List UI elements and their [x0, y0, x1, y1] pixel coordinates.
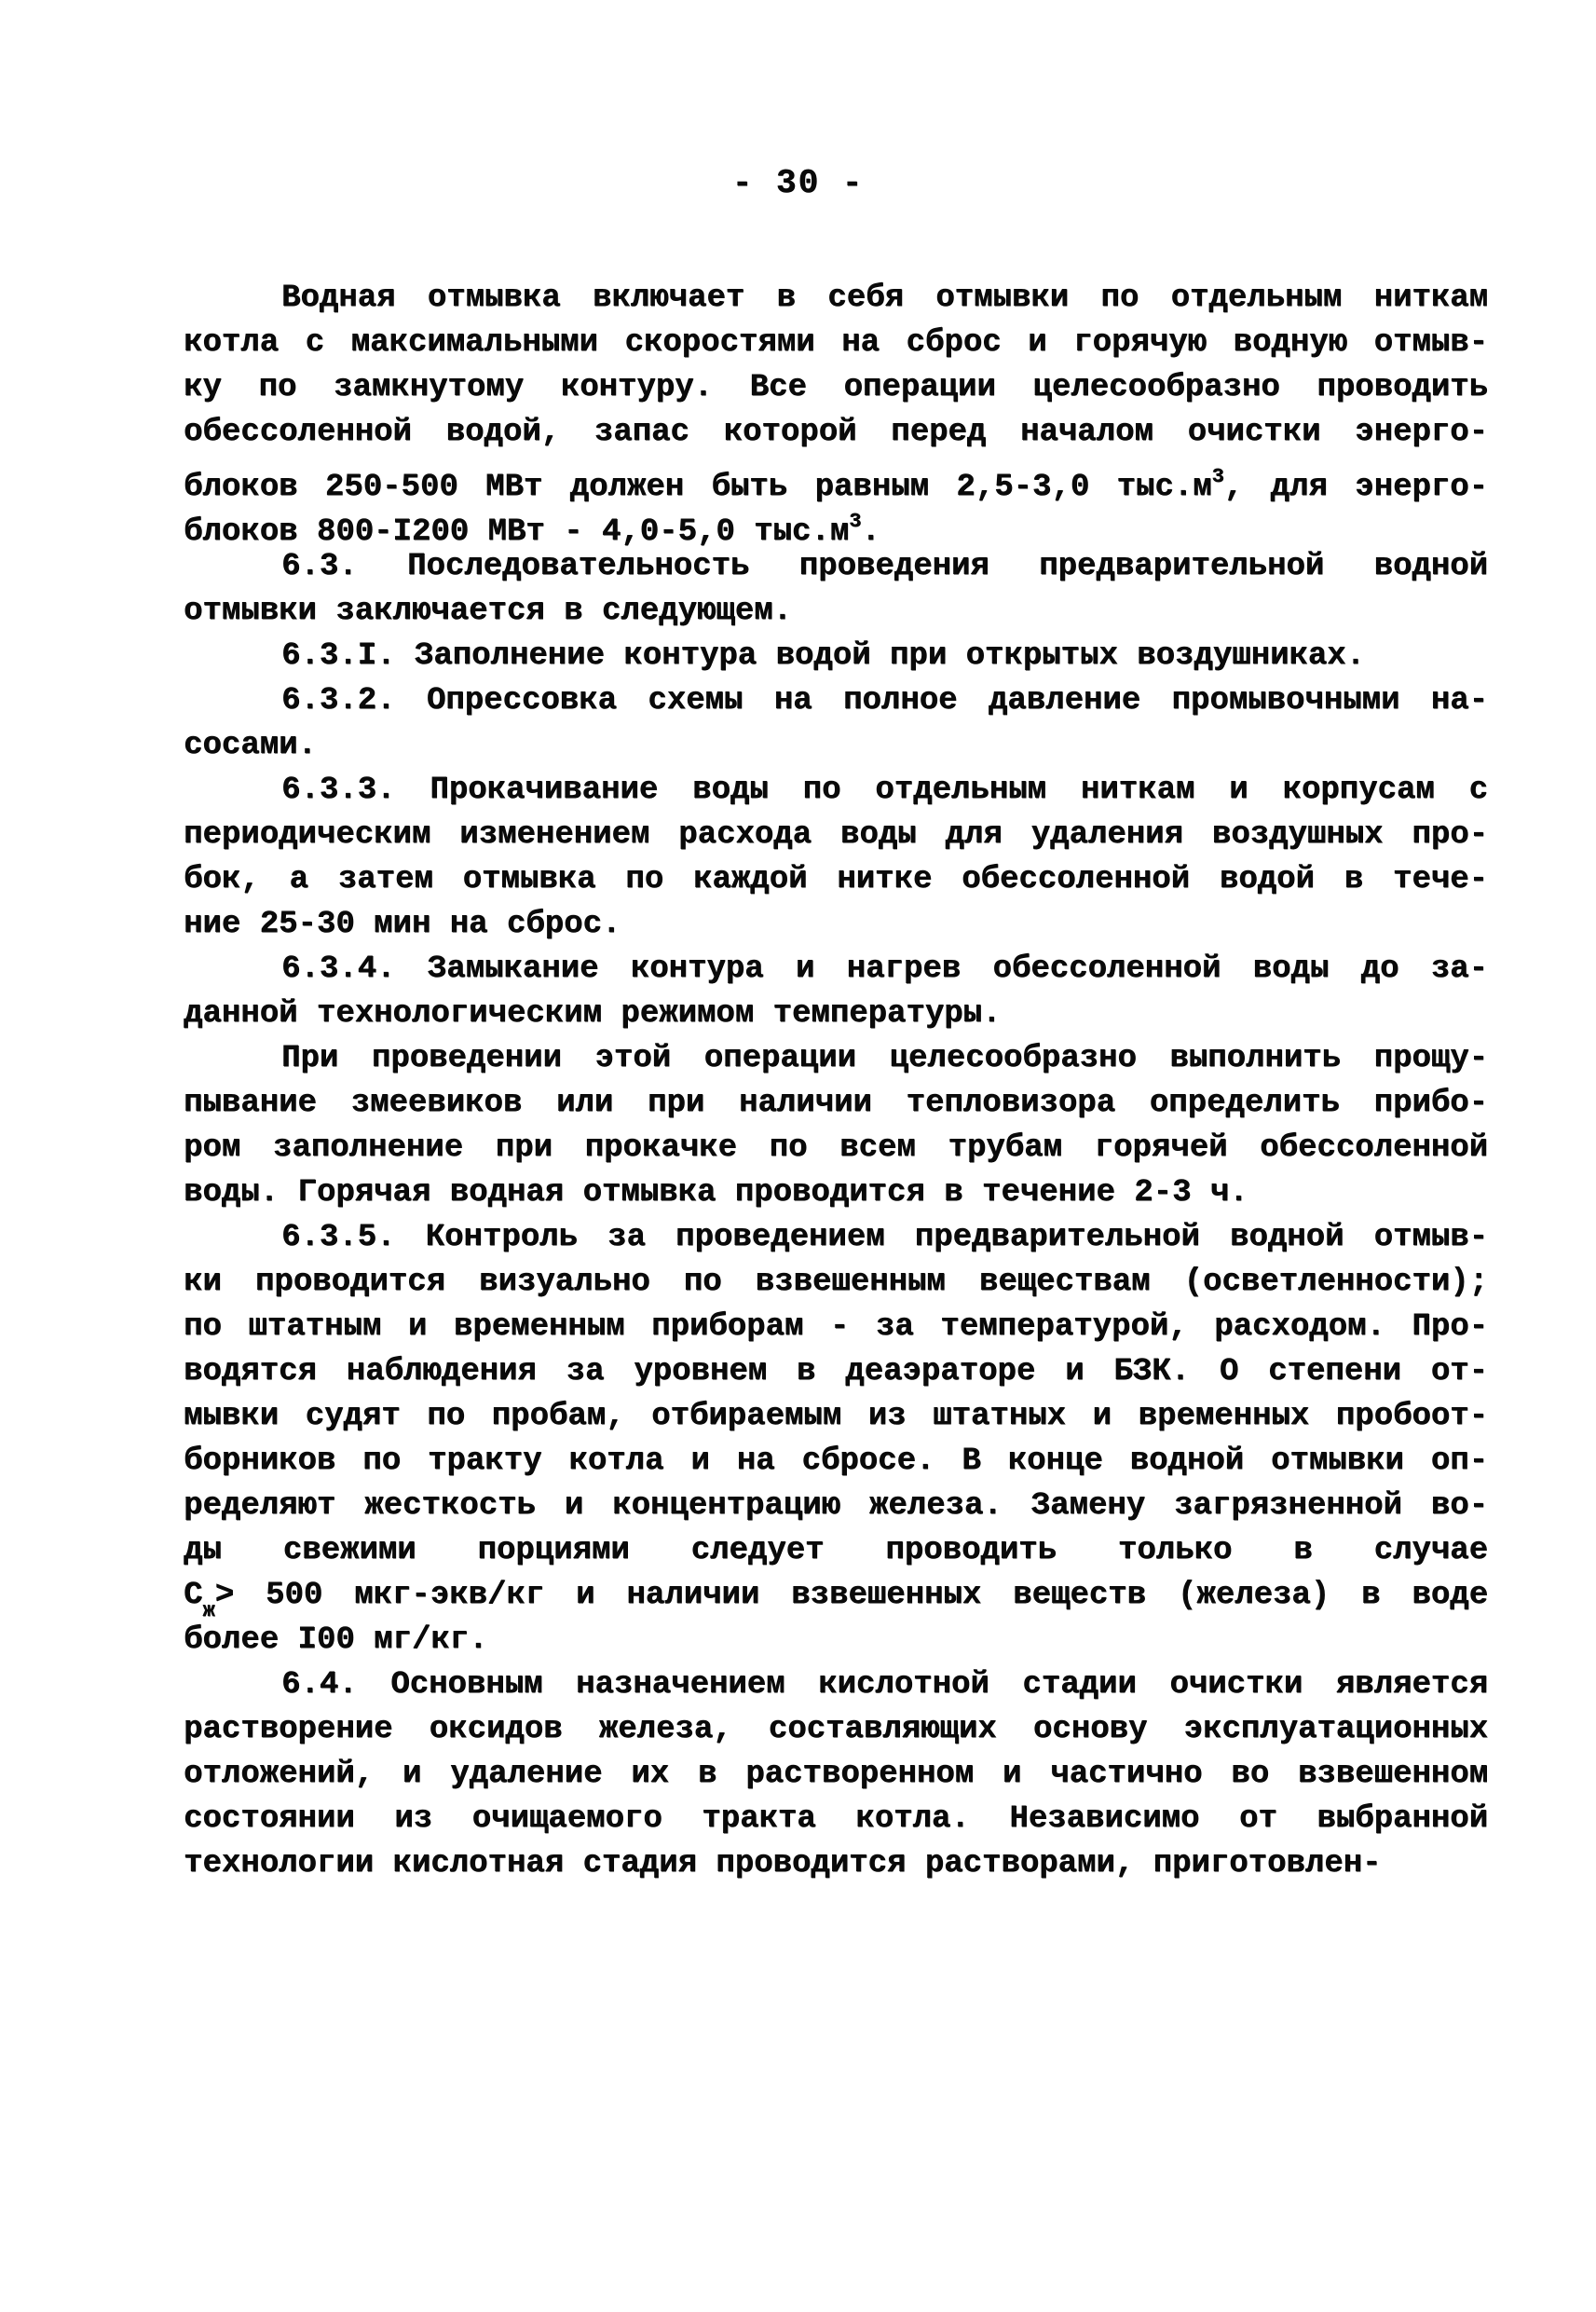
text-segment: обессоленной водой, запас которой перед …: [184, 415, 1488, 450]
text-line: 6.3.2. Опрессовка схемы на полное давлен…: [184, 678, 1488, 723]
text-segment: состоянии из очищаемого тракта котла. Не…: [184, 1801, 1488, 1837]
text-line: отложений, и удаление их в растворенном …: [184, 1752, 1488, 1797]
text-line: данной технологическим режимом температу…: [184, 992, 1488, 1036]
text-segment: более I00 мг/кг.: [184, 1622, 487, 1658]
paragraph: Водная отмывка включает в себя отмывки п…: [184, 276, 1488, 544]
text-segment: по штатным и временным приборам - за тем…: [184, 1309, 1488, 1345]
text-segment: ределяют жесткость и концентрацию железа…: [184, 1488, 1488, 1524]
text-line: 6.3.3. Прокачивание воды по отдельным ни…: [184, 768, 1488, 813]
text-line: отмывки заключается в следующем.: [184, 589, 1488, 634]
text-line: блоков 800-I200 МВт - 4,0-5,0 тыс.м3.: [184, 499, 1488, 544]
text-segment: , для энерго-: [1224, 470, 1488, 505]
text-segment: ку по замкнутому контуру. Все операции ц…: [184, 370, 1488, 405]
text-segment: котла с максимальными скоростями на сбро…: [184, 325, 1488, 361]
text-line: блоков 250-500 МВт должен быть равным 2,…: [184, 455, 1488, 499]
text-line: При проведении этой операции целесообраз…: [184, 1036, 1488, 1081]
text-segment: технологии кислотная стадия проводится р…: [184, 1846, 1381, 1881]
document-page: - 30 - Водная отмывка включает в себя от…: [0, 0, 1596, 2312]
text-segment: отложений, и удаление их в растворенном …: [184, 1757, 1488, 1792]
text-segment: отмывки заключается в следующем.: [184, 594, 792, 629]
text-segment: При проведении этой операции целесообраз…: [281, 1041, 1488, 1076]
text-segment: 6.3.5. Контроль за проведением предварит…: [281, 1220, 1488, 1255]
text-segment: водятся наблюдения за уровнем в деаэрато…: [184, 1354, 1488, 1389]
text-segment: Водная отмывка включает в себя отмывки п…: [281, 280, 1488, 316]
text-line: 6.3.4. Замыкание контура и нагрев обессо…: [184, 947, 1488, 992]
text-segment: 6.3.I. Заполнение контура водой при откр…: [281, 638, 1365, 674]
paragraph: 6.3.2. Опрессовка схемы на полное давлен…: [184, 678, 1488, 768]
text-segment: сосами.: [184, 728, 317, 763]
paragraph: 6.4. Основным назначением кислотной стад…: [184, 1662, 1488, 1886]
text-line: водятся наблюдения за уровнем в деаэрато…: [184, 1349, 1488, 1394]
text-segment: 6.3. Последовательность проведения предв…: [281, 549, 1488, 584]
text-line: периодическим изменением расхода воды дл…: [184, 813, 1488, 857]
text-segment: 6.3.3. Прокачивание воды по отдельным ни…: [281, 773, 1488, 808]
text-line: Водная отмывка включает в себя отмывки п…: [184, 276, 1488, 321]
text-line: ды свежими порциями следует проводить то…: [184, 1528, 1488, 1573]
document-body: Водная отмывка включает в себя отмывки п…: [184, 276, 1488, 1886]
text-segment: 6.3.2. Опрессовка схемы на полное давлен…: [281, 683, 1488, 718]
paragraph: 6.3.4. Замыкание контура и нагрев обессо…: [184, 947, 1488, 1036]
text-line: ки проводится визуально по взвешенным ве…: [184, 1260, 1488, 1305]
text-line: Сж> 500 мкг-экв/кг и наличии взвешенных …: [184, 1573, 1488, 1618]
paragraph: 6.3. Последовательность проведения предв…: [184, 544, 1488, 634]
text-segment: мывки судят по пробам, отбираемым из шта…: [184, 1399, 1488, 1434]
text-line: ку по замкнутому контуру. Все операции ц…: [184, 365, 1488, 410]
text-line: обессоленной водой, запас которой перед …: [184, 410, 1488, 455]
text-segment: данной технологическим режимом температу…: [184, 996, 1001, 1032]
text-segment: 6.3.4. Замыкание контура и нагрев обессо…: [281, 951, 1488, 987]
text-segment: борников по тракту котла и на сбросе. В …: [184, 1443, 1488, 1479]
text-line: воды. Горячая водная отмывка проводится …: [184, 1170, 1488, 1215]
text-line: ние 25-30 мин на сброс.: [184, 902, 1488, 947]
text-segment: С: [184, 1578, 202, 1613]
text-segment: периодическим изменением расхода воды дл…: [184, 817, 1488, 853]
text-segment: ние 25-30 мин на сброс.: [184, 907, 621, 942]
text-line: 6.3.I. Заполнение контура водой при откр…: [184, 634, 1488, 678]
text-line: технологии кислотная стадия проводится р…: [184, 1841, 1488, 1886]
superscript: 3: [1212, 465, 1224, 488]
text-line: котла с максимальными скоростями на сбро…: [184, 321, 1488, 365]
paragraph: При проведении этой операции целесообраз…: [184, 1036, 1488, 1215]
text-line: 6.4. Основным назначением кислотной стад…: [184, 1662, 1488, 1707]
text-line: по штатным и временным приборам - за тем…: [184, 1305, 1488, 1349]
text-line: ределяют жесткость и концентрацию железа…: [184, 1484, 1488, 1528]
text-segment: 6.4. Основным назначением кислотной стад…: [281, 1667, 1488, 1703]
text-segment: воды. Горячая водная отмывка проводится …: [184, 1175, 1248, 1211]
text-line: ром заполнение при прокачке по всем труб…: [184, 1126, 1488, 1170]
paragraph: 6.3.5. Контроль за проведением предварит…: [184, 1215, 1488, 1662]
text-line: бок, а затем отмывка по каждой нитке обе…: [184, 857, 1488, 902]
text-segment: ром заполнение при прокачке по всем труб…: [184, 1130, 1488, 1166]
text-line: более I00 мг/кг.: [184, 1618, 1488, 1662]
paragraph: 6.3.3. Прокачивание воды по отдельным ни…: [184, 768, 1488, 947]
text-segment: > 500 мкг-экв/кг и наличии взвешенных ве…: [215, 1578, 1488, 1613]
text-line: состоянии из очищаемого тракта котла. Не…: [184, 1797, 1488, 1841]
paragraph: 6.3.I. Заполнение контура водой при откр…: [184, 634, 1488, 678]
text-line: 6.3. Последовательность проведения предв…: [184, 544, 1488, 589]
text-line: растворение оксидов железа, составляющих…: [184, 1707, 1488, 1752]
text-segment: ки проводится визуально по взвешенным ве…: [184, 1265, 1488, 1300]
text-line: пывание змеевиков или при наличии теплов…: [184, 1081, 1488, 1126]
text-segment: бок, а затем отмывка по каждой нитке обе…: [184, 862, 1488, 897]
text-line: борников по тракту котла и на сбросе. В …: [184, 1439, 1488, 1484]
text-line: сосами.: [184, 723, 1488, 768]
text-line: мывки судят по пробам, отбираемым из шта…: [184, 1394, 1488, 1439]
page-number: - 30 -: [0, 164, 1596, 202]
text-segment: ды свежими порциями следует проводить то…: [184, 1533, 1488, 1568]
text-segment: растворение оксидов железа, составляющих…: [184, 1712, 1488, 1747]
text-segment: пывание змеевиков или при наличии теплов…: [184, 1086, 1488, 1121]
superscript: 3: [849, 510, 861, 533]
text-line: 6.3.5. Контроль за проведением предварит…: [184, 1215, 1488, 1260]
